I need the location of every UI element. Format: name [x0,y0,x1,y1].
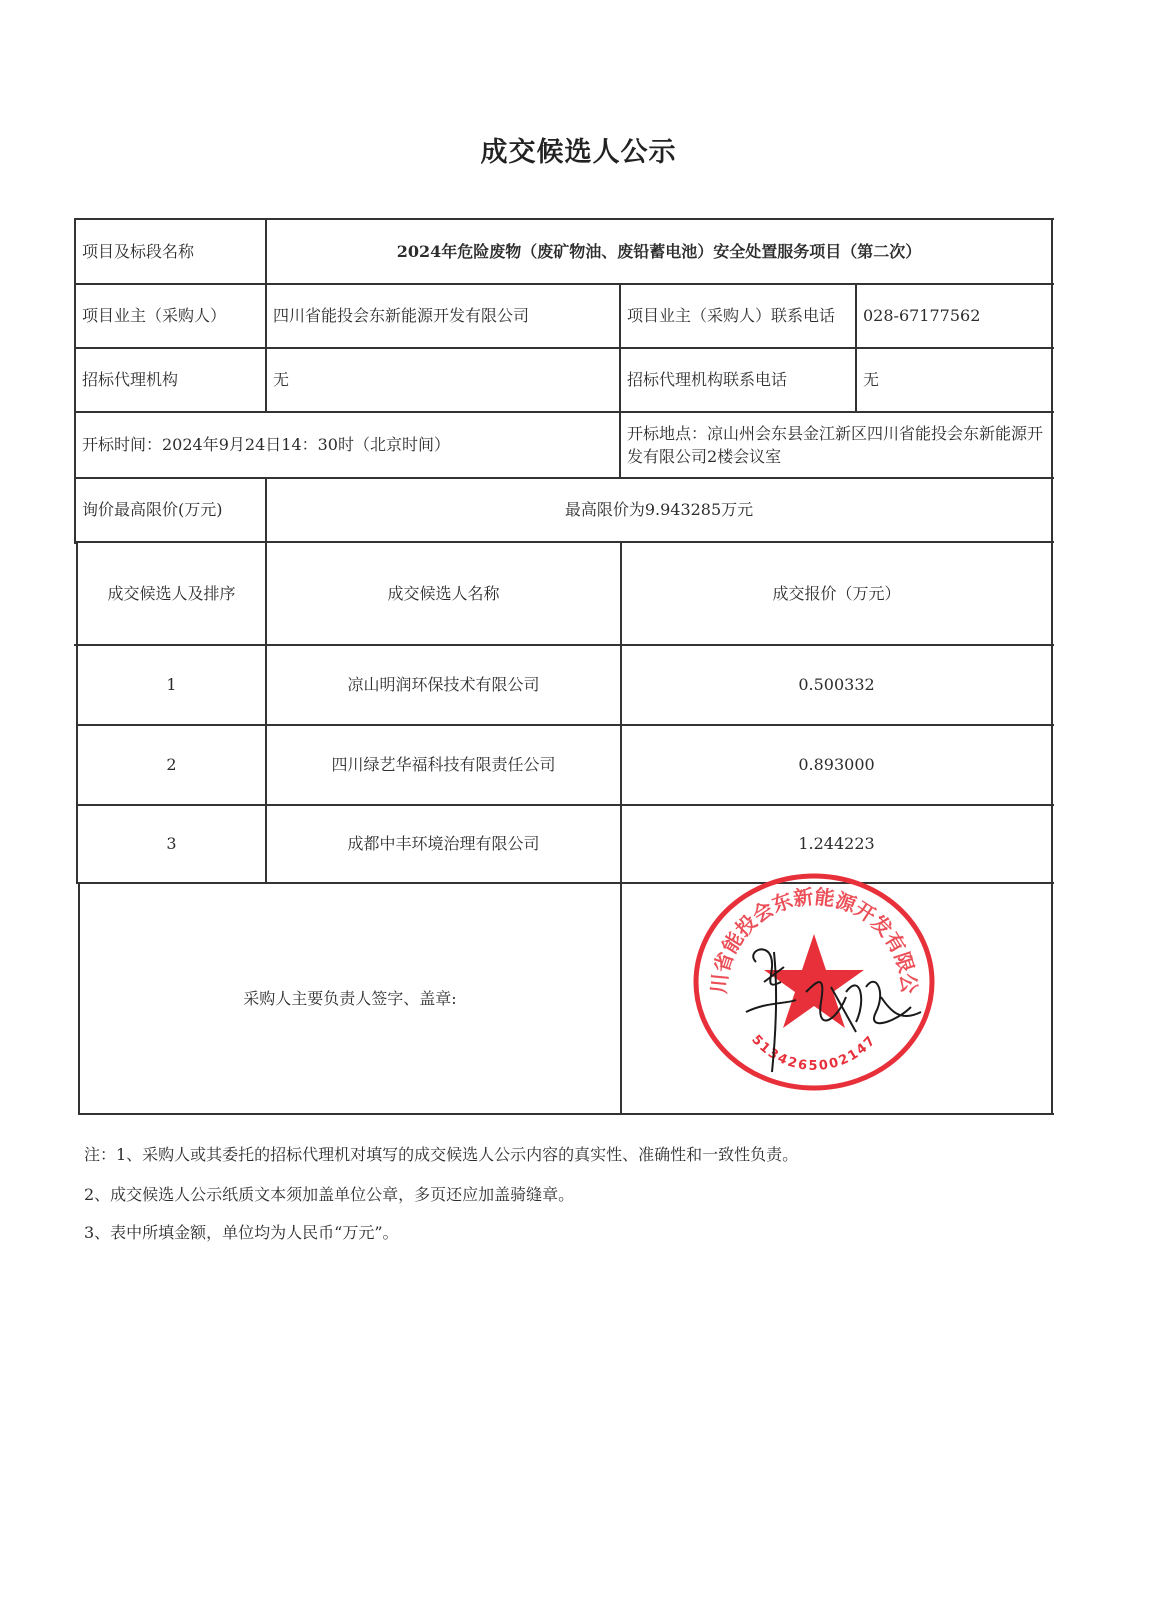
note-2: 2、成交候选人公示纸质文本须加盖单位公章，多页还应加盖骑缝章。 [84,1182,574,1205]
max-price-value: 最高限价为9.943285万元 [267,479,1051,541]
agency-phone-label: 招标代理机构联系电话 [621,349,855,411]
candidate-price: 0.500332 [622,646,1051,724]
project-name-value: 2024年危险废物（废矿物油、废铅蓄电池）安全处置服务项目（第二次） [267,220,1051,283]
header-name: 成交候选人名称 [267,543,620,644]
candidate-price: 1.244223 [622,806,1051,882]
candidate-name: 四川绿艺华福科技有限责任公司 [267,726,620,804]
owner-value: 四川省能投会东新能源开发有限公司 [267,285,619,347]
agency-label: 招标代理机构 [76,349,265,411]
project-name-label: 项目及标段名称 [76,220,265,283]
candidate-price: 0.893000 [622,726,1051,804]
candidate-rank: 2 [78,726,265,804]
candidate-name: 凉山明润环保技术有限公司 [267,646,620,724]
opening-time: 开标时间：2024年9月24日14：30时（北京时间） [76,413,619,477]
candidate-rank: 3 [78,806,265,882]
note-3: 3、表中所填金额，单位均为人民币“万元”。 [84,1220,399,1243]
signature-label: 采购人主要负责人签字、盖章: [80,884,620,1113]
owner-label: 项目业主（采购人） [76,285,265,347]
agency-phone-value: 无 [857,349,1051,411]
svg-text:5134265002147: 5134265002147 [748,1032,879,1073]
agency-value: 无 [267,349,619,411]
candidate-rank: 1 [78,646,265,724]
note-1: 注：1、采购人或其委托的招标代理机对填写的成交候选人公示内容的真实性、准确性和一… [84,1142,798,1165]
document-title: 成交候选人公示 [0,130,1157,169]
header-price: 成交报价（万元） [622,543,1051,644]
header-rank: 成交候选人及排序 [78,543,265,644]
official-seal-icon: 四川省能投会东新能源开发有限公司 5134265002147 [686,872,942,1092]
owner-phone-value: 028-67177562 [857,285,1051,347]
owner-phone-label: 项目业主（采购人）联系电话 [621,285,855,347]
max-price-label: 询价最高限价(万元) [76,479,265,541]
opening-place: 开标地点：凉山州会东县金江新区四川省能投会东新能源开发有限公司2楼会议室 [621,413,1051,477]
candidate-name: 成都中丰环境治理有限公司 [267,806,620,882]
